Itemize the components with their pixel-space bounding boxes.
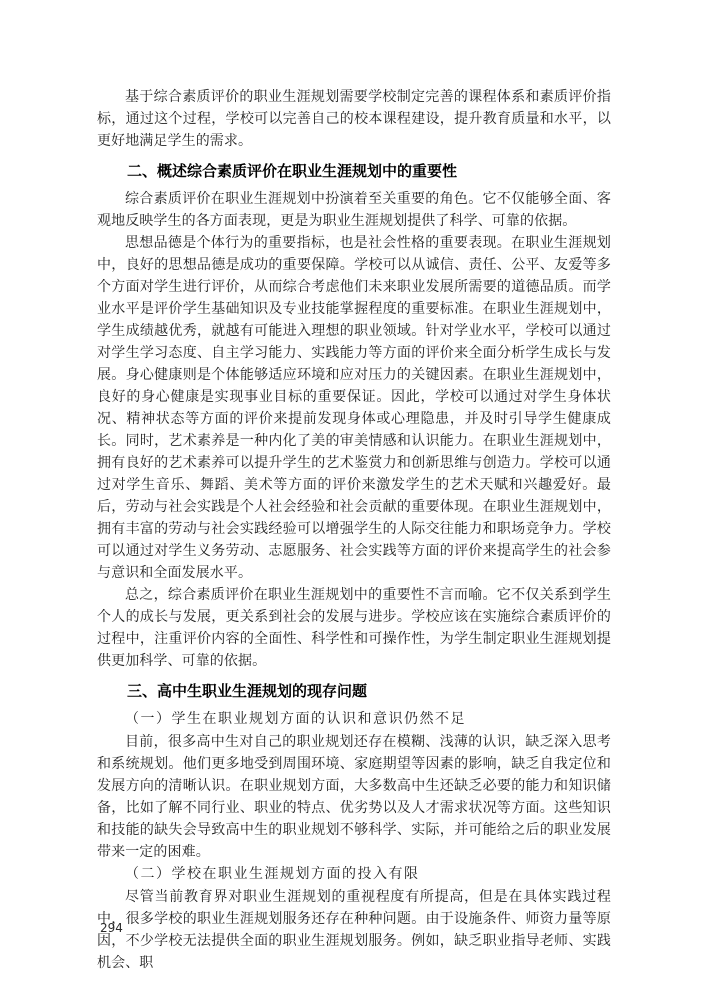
paragraph-problem-students: 目前，很多高中生对自己的职业规划还存在模糊、浅薄的认识，缺乏深入思考和系统规划。… <box>97 731 611 863</box>
document-page: 基于综合素质评价的职业生涯规划需要学校制定完善的课程体系和素质评价指标，通过这个… <box>0 0 703 995</box>
paragraph-intro: 基于综合素质评价的职业生涯规划需要学校制定完善的课程体系和素质评价指标，通过这个… <box>97 86 611 152</box>
sub-heading-1: （一）学生在职业规划方面的认识和意识仍然不足 <box>97 708 611 731</box>
section-heading-2: 二、概述综合素质评价在职业生涯规划中的重要性 <box>97 160 611 183</box>
paragraph-importance-detail: 思想品德是个体行为的重要指标，也是社会性格的重要表现。在职业生涯规划中，良好的思… <box>97 232 611 584</box>
paragraph-importance-overview: 综合素质评价在职业生涯规划中扮演着至关重要的角色。它不仅能够全面、客观地反映学生… <box>97 188 611 232</box>
sub-heading-2: （二）学校在职业生涯规划方面的投入有限 <box>97 863 611 886</box>
paragraph-problem-schools: 尽管当前教育界对职业生涯规划的重视程度有所提高，但是在具体实践过程中，很多学校的… <box>97 886 611 974</box>
text-content: 基于综合素质评价的职业生涯规划需要学校制定完善的课程体系和素质评价指标，通过这个… <box>97 86 611 974</box>
paragraph-importance-summary: 总之，综合素质评价在职业生涯规划中的重要性不言而喻。它不仅关系到学生个人的成长与… <box>97 584 611 672</box>
page-number: 294 <box>100 921 123 935</box>
section-heading-3: 三、高中生职业生涯规划的现存问题 <box>97 680 611 703</box>
